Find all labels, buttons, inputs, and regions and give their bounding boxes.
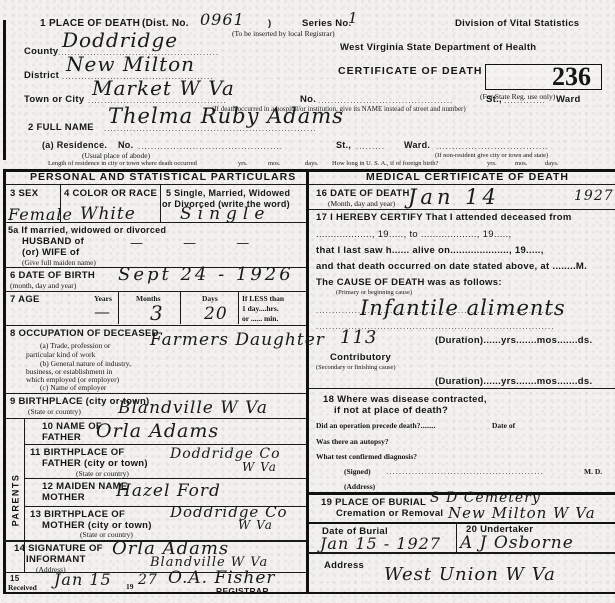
received-value: Jan 15: [54, 570, 112, 589]
father-birth-label-1: 11 BIRTHPLACE OF: [30, 447, 125, 458]
dod-value: Jan 14: [408, 185, 500, 209]
town-value: Market W Va: [92, 76, 235, 100]
cause-extra: 113: [340, 327, 377, 348]
mother-name-value: Hazel Ford: [116, 481, 221, 501]
residence-no-dots: ........................................…: [138, 142, 283, 151]
district-value: New Milton: [66, 52, 195, 76]
dist-no-close: ): [268, 18, 271, 29]
st-dots: .............: [504, 96, 546, 105]
non-resident-note: (If non-resident give city or town and s…: [435, 152, 548, 159]
row-divider: [3, 222, 306, 223]
death-certificate: 1 PLACE OF DEATH (Dist. No. 0961 ) Serie…: [0, 0, 615, 603]
contributory-label: Contributory: [330, 352, 391, 363]
age-less-3: or ...... min.: [242, 314, 278, 323]
marital-value: Single: [180, 204, 270, 224]
age-label: 7 AGE: [10, 294, 40, 305]
received-label: Received: [8, 583, 37, 592]
race-value: White: [80, 204, 136, 224]
signed-dots: ........................................…: [386, 467, 544, 476]
abode-note: (Usual place of abode): [82, 151, 150, 160]
signed-label: (Signed): [344, 467, 371, 476]
address-label: (Address): [344, 482, 375, 491]
series-no-value: 1: [348, 9, 359, 27]
sex-label: 3 SEX: [10, 188, 38, 199]
age-years-value: —: [94, 302, 111, 321]
date-of-label: Date of: [492, 421, 515, 430]
age-days-label: Days: [202, 294, 218, 303]
length-yrs: yrs.: [238, 160, 248, 167]
contributory-note: (Secondary or finishing cause): [316, 364, 396, 371]
burial-place-label-2: Cremation or Removal: [336, 508, 443, 519]
row-divider: [3, 291, 306, 292]
length-days: days.: [305, 160, 319, 167]
ward-label: Ward: [556, 94, 581, 105]
age-less-1: If LESS than: [242, 294, 284, 303]
foreign-yrs: yrs.: [487, 160, 497, 167]
spouse-label-1: 5a If married, widowed or divorced: [8, 225, 166, 235]
burial-undertaker-divider: [456, 522, 457, 552]
dod-sub: (Month, day and year): [328, 199, 395, 208]
occ-a-1: (a) Trade, profession or: [40, 341, 110, 350]
age-divider: [118, 291, 119, 324]
residence-ward-label: Ward.: [404, 140, 430, 150]
full-name-value: Thelma Ruby Adams: [108, 104, 344, 128]
father-name-label-2: FATHER: [42, 432, 81, 443]
residence-st-label: St.,: [336, 140, 351, 150]
age-days-value: 20: [204, 304, 228, 324]
mother-name-label-2: MOTHER: [42, 492, 85, 503]
dist-no-value: 0961: [200, 10, 245, 29]
birthplace-sub: (State or country): [28, 407, 81, 416]
row-divider: [3, 418, 306, 419]
district-label: District: [24, 70, 59, 81]
department-title: West Virginia State Department of Health: [340, 42, 536, 53]
received-year-prefix: 19: [126, 582, 134, 591]
cause-label: The CAUSE OF DEATH was as follows:: [316, 277, 502, 288]
foreign-note: How long in U. S. A., if of foreign birt…: [332, 160, 438, 167]
row-divider: [24, 478, 306, 479]
age-divider: [180, 291, 181, 324]
personal-section-title: PERSONAL AND STATISTICAL PARTICULARS: [30, 171, 296, 183]
spouse-label-2: HUSBAND of: [22, 236, 84, 247]
registrar-signature: O.A. Fisher: [168, 568, 276, 588]
row-divider: [308, 522, 615, 524]
from-to-line: ..................., 19....., to .......…: [316, 229, 511, 240]
occupation-label: 8 OCCUPATION OF DECEASED: [10, 328, 159, 339]
town-label: Town or City: [24, 94, 84, 105]
series-no-label: Series No.: [302, 18, 351, 29]
last-saw-line: that I last saw h...... alive on........…: [316, 245, 544, 256]
county-label: County: [24, 46, 59, 57]
residence-no-label: No.: [118, 140, 133, 150]
county-value: Doddridge: [62, 28, 178, 52]
registrar-label: REGISTRAR: [216, 586, 269, 596]
row-divider: [308, 209, 615, 210]
row-divider: [24, 444, 306, 445]
st-label: St.,: [486, 94, 502, 105]
father-birth-value-2: W Va: [242, 460, 277, 474]
father-birth-label-2: FATHER (city or town): [42, 458, 148, 469]
contracted-label-1: 18 Where was disease contracted,: [323, 394, 487, 405]
occ-a-2: particular kind of work: [26, 350, 95, 359]
bottom-border: [3, 592, 615, 594]
cause-value: Infantile aliments: [360, 296, 566, 320]
parents-label-text: PARENTS: [10, 474, 20, 527]
race-marital-divider: [160, 184, 161, 222]
row-divider: [3, 325, 306, 326]
dod-label: 16 DATE OF DEATH: [316, 188, 410, 199]
certificate-title: CERTIFICATE OF DEATH: [338, 65, 482, 77]
row-divider: [308, 388, 615, 389]
death-at-line: and that death occurred on date stated a…: [316, 261, 587, 272]
certificate-number-box: 236: [485, 64, 602, 90]
race-label: 4 COLOR OR RACE: [64, 188, 157, 199]
length-mos: mos.: [268, 160, 280, 167]
md-label: M. D.: [584, 467, 602, 476]
burial-address-value: West Union W Va: [384, 564, 556, 585]
father-name-label-1: 10 NAME OF: [42, 421, 102, 432]
informant-label-1: 14 SIGNATURE OF: [14, 543, 103, 554]
row-divider: [3, 393, 306, 394]
birthplace-value: Blandville W Va: [118, 398, 268, 418]
primary-note: (Primary or beginning cause): [336, 289, 412, 296]
father-birth-sub: (State or country): [76, 469, 129, 478]
occ-c: (c) Name of employer: [40, 383, 106, 392]
received-year: 27: [138, 572, 158, 588]
residence-st-dots: .........: [356, 142, 385, 151]
duration-line-2: (Duration)......yrs.......mos.......ds.: [435, 376, 592, 387]
operation-label: Did an operation precede death?........: [316, 421, 435, 430]
undertaker-value: A J Osborne: [460, 533, 574, 553]
marital-label-1: 5 Single, Married, Widowed: [166, 188, 290, 198]
division-title: Division of Vital Statistics: [455, 18, 579, 29]
mother-birth-label-1: 13 BIRTHPLACE OF: [30, 509, 125, 520]
foreign-mos: mos.: [515, 160, 527, 167]
contracted-label-2: if not at place of death?: [334, 405, 448, 416]
residence-label: (a) Residence.: [42, 140, 107, 150]
burial-address-label: Address: [324, 560, 364, 571]
burial-place-label-1: 19 PLACE OF BURIAL: [321, 497, 426, 508]
spouse-label-4: (Give full maiden name): [22, 258, 96, 267]
age-less-2: 1 day....hrs.: [242, 304, 279, 313]
left-border-lower: [3, 169, 6, 594]
burial-date-value: Jan 15 - 1927: [320, 534, 441, 553]
duration-line: (Duration)......yrs.......mos.......ds.: [435, 335, 592, 346]
received-num: 15: [10, 574, 20, 583]
left-border: [3, 20, 6, 160]
father-name-value: Orla Adams: [96, 420, 219, 442]
medical-section-title: MEDICAL CERTIFICATE OF DEATH: [366, 171, 569, 183]
full-name-label: 2 FULL NAME: [28, 122, 94, 133]
row-divider: [308, 552, 615, 554]
length-note: Length of residence in city or town wher…: [48, 160, 197, 167]
certificate-number: 236: [552, 62, 591, 92]
certify-line: 17 I HEREBY CERTIFY That I attended dece…: [316, 212, 572, 223]
spouse-label-3: (or) WIFE of: [22, 247, 79, 258]
informant-label-2: INFORMANT: [26, 554, 86, 565]
local-registrar-note: (To be inserted by local Registrar): [232, 29, 335, 38]
mother-name-label-1: 12 MAIDEN NAME: [42, 481, 128, 492]
dob-label: 6 DATE OF BIRTH: [10, 270, 95, 281]
autopsy-label: Was there an autopsy?: [316, 437, 389, 446]
spouse-value: — — —: [130, 236, 267, 251]
section-title-underline: [3, 184, 615, 185]
dob-sub: (month, day and year): [10, 281, 76, 290]
dob-value: Sept 24 - 1926: [118, 264, 294, 285]
residence-ward-dots: ...................................: [436, 142, 549, 151]
occ-a-value: Farmers Daughter: [150, 330, 325, 350]
dod-year: 1927: [574, 188, 614, 204]
test-label: What test confirmed diagnosis?: [316, 452, 417, 461]
mother-birth-value-2: W Va: [238, 518, 273, 532]
center-divider: [306, 169, 309, 594]
burial-place-value-2: New Milton W Va: [448, 504, 596, 522]
age-divider: [238, 291, 239, 324]
foreign-days: days.: [545, 160, 559, 167]
age-months-value: 3: [150, 301, 164, 325]
